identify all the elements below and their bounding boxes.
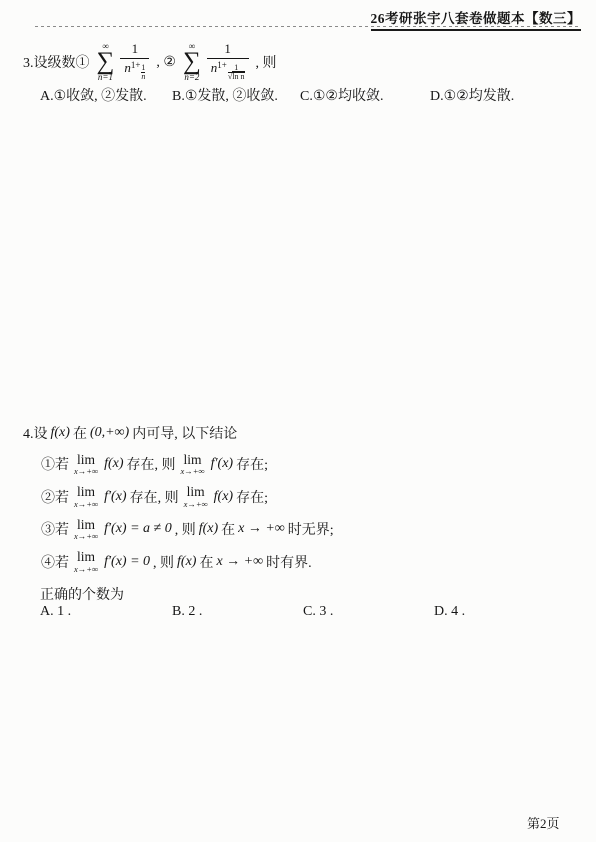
question-4-stem: 4.设f(x)在(0,+∞)内可导, 以下结论 — [22, 422, 238, 444]
fraction: 1n1+1n — [120, 42, 149, 82]
math-run: f(x) — [199, 521, 218, 537]
lim-word: lim — [77, 453, 95, 467]
lim-subscript: x→+∞ — [184, 500, 208, 509]
sigma-icon: ∑ — [183, 51, 201, 72]
denominator-variable: n — [141, 72, 145, 81]
question-4-options: A. 1 . B. 2 . C. 3 . D. 4 . — [0, 604, 596, 624]
text-run: 存在; — [236, 454, 268, 474]
exponent-fraction-numerator: 1 — [141, 64, 145, 72]
text-run: 时无界; — [288, 519, 334, 539]
question-4-statements: ①若limx→+∞f(x)存在, 则limx→+∞f′(x)存在;②若limx→… — [40, 448, 335, 578]
text-run: 时有界. — [266, 552, 312, 572]
limit-notation: limx→+∞ — [74, 550, 98, 573]
lim-subscript: x→+∞ — [74, 500, 98, 509]
limit-notation: limx→+∞ — [74, 518, 98, 541]
sigma-lower-limit: n=2 — [184, 73, 199, 82]
limit-notation: limx→+∞ — [74, 485, 98, 508]
statement-row: ④若limx→+∞f′(x) = 0, 则f(x)在x → +∞时有界. — [40, 546, 335, 579]
text-run: , ② — [156, 54, 176, 71]
math-run: f(x) — [214, 489, 233, 505]
sigma-block: ∞∑n=1 — [97, 42, 115, 81]
sigma-icon: ∑ — [97, 51, 115, 72]
limit-notation: limx→+∞ — [181, 453, 205, 476]
fraction-denominator: n1+1√ln n — [207, 58, 249, 82]
q3-option-b: B.①发散, ②收敛. — [172, 85, 278, 105]
lim-word: lim — [184, 453, 202, 467]
text-run: 存在, 则 — [127, 454, 176, 474]
math-run: f(x) — [104, 456, 123, 472]
lim-subscript: x→+∞ — [74, 532, 98, 541]
question-4-conclusion: 正确的个数为 — [40, 584, 124, 604]
fraction-numerator: 1 — [224, 42, 231, 57]
q4-option-b: B. 2 . — [172, 604, 202, 620]
math-run: (0,+∞) — [90, 425, 129, 441]
math-run: f′(x) = a ≠ 0 — [104, 521, 172, 537]
lim-word: lim — [77, 485, 95, 499]
statement-row: ②若limx→+∞f′(x)存在, 则limx→+∞f(x)存在; — [40, 481, 335, 514]
q4-option-a: A. 1 . — [40, 604, 71, 620]
exponent: 1+1√ln n — [217, 60, 244, 70]
series-formula: ∞∑n=11n1+1n — [94, 42, 153, 82]
text-run: 存在; — [236, 487, 268, 507]
math-run: f(x) — [51, 425, 70, 441]
statement-row: ①若limx→+∞f(x)存在, 则limx→+∞f′(x)存在; — [40, 448, 335, 481]
text-run: , 则 — [256, 52, 277, 72]
exponent-fraction-denominator: √ln n — [228, 72, 245, 82]
q3-option-d: D.①②均发散. — [430, 85, 514, 105]
exponent: 1+1n — [131, 60, 146, 70]
base-variable: n — [124, 60, 131, 75]
sigma-lower-limit: n=1 — [98, 73, 113, 82]
lim-subscript: x→+∞ — [74, 467, 98, 476]
header-title: 26考研张宇八套卷做题本【数三】 — [371, 7, 582, 31]
fraction-numerator: 1 — [132, 42, 139, 57]
text-run: ③若 — [41, 519, 69, 539]
question-3-options: A.①收敛, ②发散. B.①发散, ②收敛. C.①②均收敛. D.①②均发散… — [0, 85, 596, 105]
lim-subscript: x→+∞ — [181, 467, 205, 476]
fraction-denominator: n1+1n — [120, 58, 149, 82]
fraction: 1n1+1√ln n — [207, 42, 249, 82]
text-run: , 则 — [153, 552, 174, 572]
text-run: 内可导, 以下结论 — [132, 423, 237, 443]
q3-option-a: A.①收敛, ②发散. — [40, 85, 147, 105]
sigma-block: ∞∑n=2 — [183, 42, 201, 81]
limit-notation: limx→+∞ — [74, 453, 98, 476]
exponent-fraction: 1n — [141, 64, 145, 82]
text-run: 在 — [199, 552, 213, 572]
page-number: 第2页 — [527, 813, 560, 832]
statement-row: ③若limx→+∞f′(x) = a ≠ 0, 则f(x)在x → +∞时无界; — [40, 513, 335, 546]
exponent-fraction: 1√ln n — [228, 64, 245, 82]
text-run: ②若 — [41, 487, 69, 507]
question-3-stem: 3.设级数①∞∑n=11n1+1n, ②∞∑n=21n1+1√ln n, 则 — [22, 40, 278, 84]
series-formula: ∞∑n=21n1+1√ln n — [180, 42, 252, 82]
q4-option-d: D. 4 . — [434, 604, 465, 620]
math-run: x → +∞ — [238, 521, 285, 537]
radicand: ln n — [232, 71, 244, 81]
text-run: 3.设级数① — [23, 52, 90, 72]
lim-subscript: x→+∞ — [74, 565, 98, 574]
text-run: 4.设 — [23, 423, 48, 443]
exam-page: { "header": { "title": "26考研张宇八套卷做题本【数三】… — [0, 0, 596, 842]
math-run: f(x) — [177, 554, 196, 570]
text-run: , 则 — [175, 519, 196, 539]
math-run: f′(x) — [104, 489, 127, 505]
lim-word: lim — [187, 485, 205, 499]
q3-option-c: C.①②均收敛. — [300, 85, 383, 105]
text-run: 在 — [73, 423, 87, 443]
lim-word: lim — [77, 518, 95, 532]
exponent-fraction-denominator: n — [141, 72, 145, 82]
text-run: 在 — [221, 519, 235, 539]
text-run: 存在, 则 — [130, 487, 179, 507]
limit-notation: limx→+∞ — [184, 485, 208, 508]
text-run: ④若 — [41, 552, 69, 572]
q4-option-c: C. 3 . — [303, 604, 333, 620]
text-run: ①若 — [41, 454, 69, 474]
math-run: f′(x) — [211, 456, 234, 472]
lim-word: lim — [77, 550, 95, 564]
math-run: x → +∞ — [216, 554, 263, 570]
math-run: f′(x) = 0 — [104, 554, 150, 570]
